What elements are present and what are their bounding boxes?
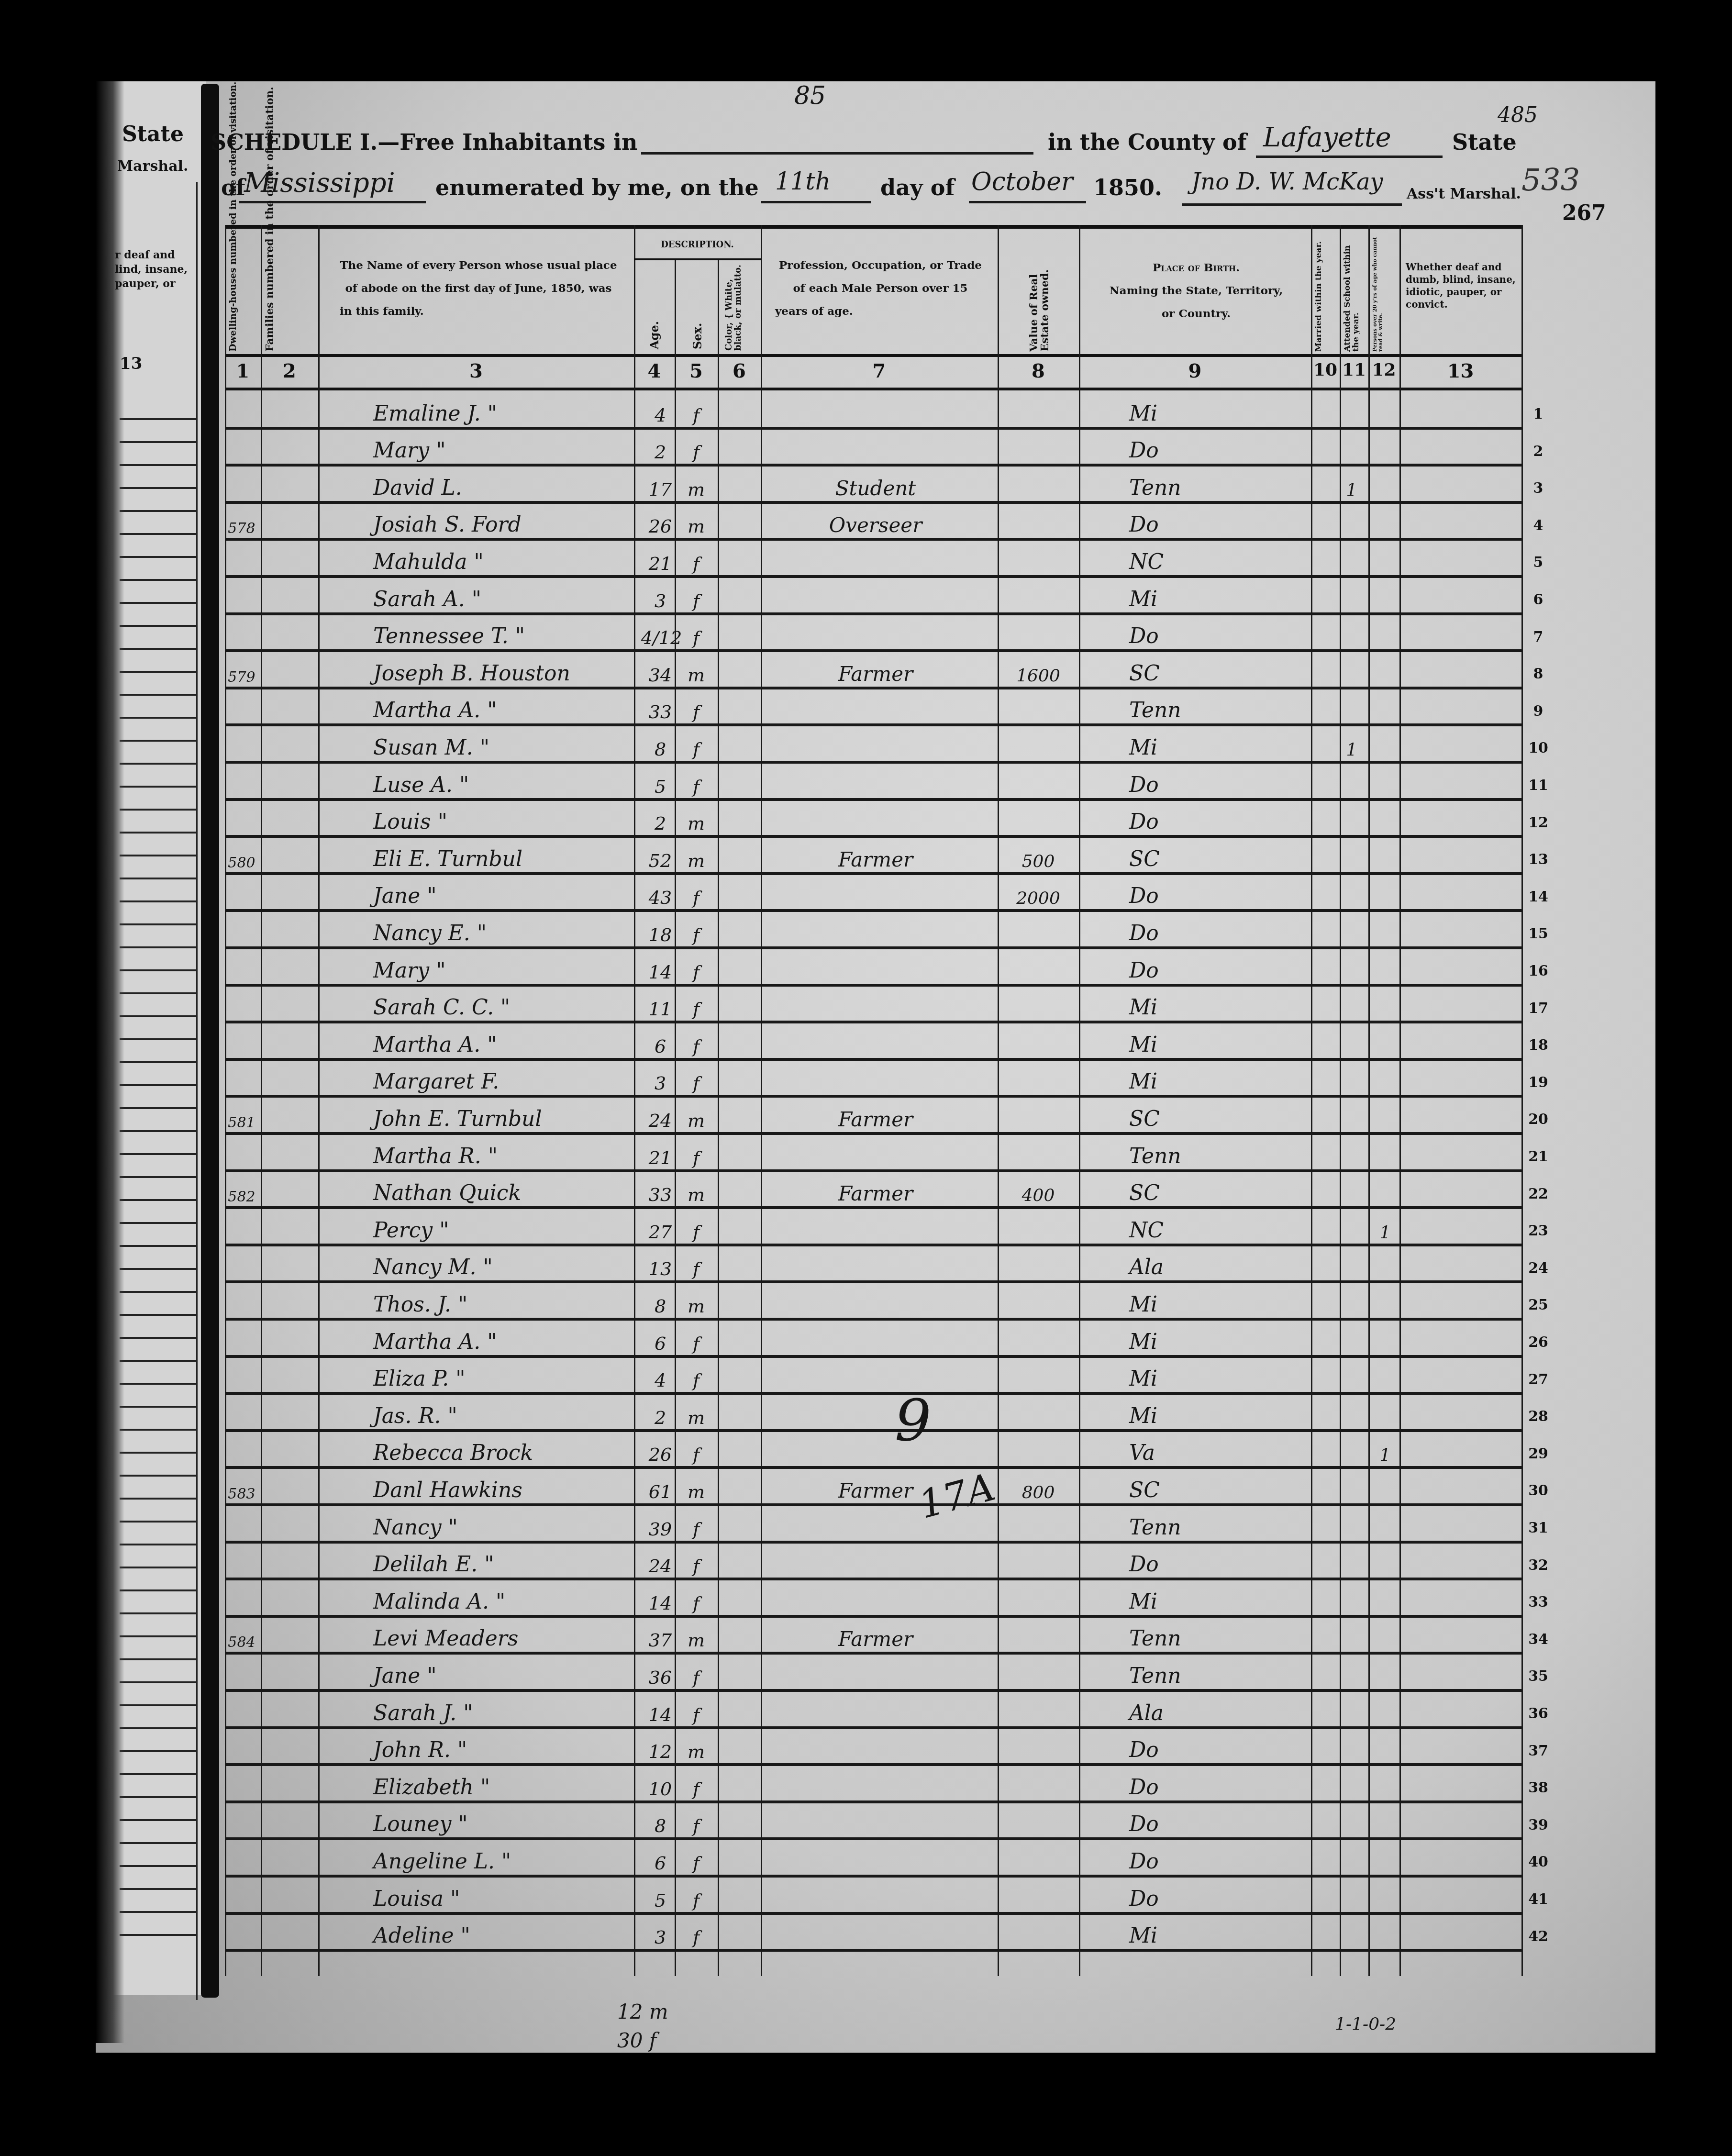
line-number: 31 [1524,1520,1553,1536]
person-name: Thos. J. " [373,1292,804,1317]
col-number: 4 [634,360,675,382]
birthplace: Do [1110,884,1321,908]
previous-page-column-number: 13 [120,354,142,373]
marshal-label: Ass't Marshal. [1407,186,1521,202]
previous-page-column-line [196,182,198,2000]
birthplace: Mi [1110,1923,1321,1948]
sex: f [682,1258,711,1279]
line-number: 21 [1524,1148,1553,1165]
age: 26 [641,1444,679,1465]
previous-page-header-line: r deaf and [115,249,175,261]
sex: f [682,553,711,574]
line-number: 34 [1524,1631,1553,1648]
age: 3 [641,590,679,611]
table-row: 581John E. Turnbul24mFarmerSC [225,1098,1521,1135]
line-number: 25 [1524,1297,1553,1313]
col3-header-line: of abode on the first day of June, 1850,… [330,281,627,296]
age: 52 [641,850,679,871]
person-name: Delilah E. " [373,1552,804,1577]
person-name: Tennessee T. " [373,624,804,648]
occupation: Farmer [775,1108,976,1131]
person-name: Joseph B. Houston [373,661,804,686]
sex: f [682,405,711,426]
age: 5 [641,1890,679,1911]
table-row: Nancy M. "13fAla [225,1246,1521,1284]
top-annotation: 85 [794,81,826,110]
age: 3 [641,1927,679,1948]
col-number: 11 [1340,360,1368,380]
dwelling-number: 579 [225,669,258,686]
birthplace: Mi [1110,1330,1321,1354]
age: 10 [641,1778,679,1800]
line-number: 8 [1524,666,1553,682]
sex: m [682,1110,711,1131]
col-number: 13 [1399,360,1521,382]
col-number: 5 [675,360,718,382]
person-name: Martha A. " [373,1033,804,1057]
table-row: John R. "12mDo [225,1729,1521,1767]
col-number: 8 [998,360,1079,382]
age: 2 [641,1407,679,1428]
sex: f [682,962,711,983]
line-number: 33 [1524,1594,1553,1611]
line-number: 36 [1524,1705,1553,1722]
line-number: 2 [1524,443,1553,460]
sex: f [682,1853,711,1874]
line-number: 42 [1524,1928,1553,1945]
table-row: Mary "14fDo [225,949,1521,987]
birthplace: Do [1110,512,1321,537]
person-name: John E. Turnbul [373,1107,804,1131]
occupation: Farmer [775,848,976,871]
person-name: Sarah C. C. " [373,995,804,1020]
birthplace: Tenn [1110,1626,1321,1651]
sex: f [682,1593,711,1614]
col13-header-line: dumb, blind, insane, [1406,273,1523,286]
line-number: 7 [1524,629,1553,645]
col8-header: Value of Real Estate owned. [1029,237,1053,352]
col1-header: Dwelling-houses numbered in the order of… [229,237,238,352]
table-row: Margaret F.3fMi [225,1061,1521,1098]
line-number: 40 [1524,1854,1553,1870]
sex: f [682,442,711,463]
real-estate-value: 400 [990,1186,1086,1205]
birthplace: Tenn [1110,476,1321,500]
printed-page-number: 267 [1562,201,1606,225]
table-row: David L.17mStudentTenn1 [225,467,1521,504]
previous-page-marshal-label: Marshal. [117,158,188,175]
person-name: Nancy " [373,1515,804,1540]
person-name: Jas. R. " [373,1404,804,1428]
age: 3 [641,1073,679,1094]
birthplace: Tenn [1110,698,1321,722]
person-name: Nancy E. " [373,921,804,945]
person-name: Levi Meaders [373,1626,804,1651]
birthplace: Mi [1110,401,1321,426]
col4-header: Age. [648,306,660,349]
sex: m [682,1184,711,1205]
table-row: 580Eli E. Turnbul52mFarmer500SC [225,838,1521,875]
line-number: 4 [1524,517,1553,534]
sex: f [682,1147,711,1168]
col9-header-line: Naming the State, Territory, [1084,284,1309,298]
line-number: 5 [1524,554,1553,571]
table-row: Elizabeth "10fDo [225,1766,1521,1803]
state-label: State [1452,129,1517,155]
age: 26 [641,516,679,537]
line-number: 16 [1524,963,1553,979]
person-name: Mary " [373,438,804,463]
sex: f [682,1073,711,1094]
top-right-annotation: 485 [1498,103,1538,127]
age: 18 [641,924,679,945]
col-number: 2 [261,360,318,382]
line-number: 27 [1524,1371,1553,1388]
age: 14 [641,962,679,983]
table-row: Malinda A. "14fMi [225,1580,1521,1618]
age: 36 [641,1667,679,1688]
col9-header-line: or Country. [1084,307,1309,321]
birthplace: Do [1110,921,1321,945]
col-number: 7 [761,360,998,382]
col-number: 3 [318,360,634,382]
person-name: Josiah S. Ford [373,512,804,537]
binding-gutter [201,84,219,1998]
occupation: Overseer [775,513,976,537]
age: 14 [641,1704,679,1725]
birthplace: Do [1110,958,1321,983]
previous-page-header-line: pauper, or [115,278,176,290]
sex: f [682,627,711,648]
person-name: Nathan Quick [373,1181,804,1205]
table-row: 583Danl Hawkins61mFarmer800SC [225,1469,1521,1506]
line-number: 20 [1524,1111,1553,1128]
person-name: David L. [373,476,804,500]
previous-page-header-line: lind, insane, [115,263,188,276]
margin-note: 9 [895,1388,931,1454]
township-blank-line [641,152,1033,155]
col13-header-line: convict. [1406,298,1523,311]
col-number: 12 [1368,360,1399,380]
table-row: Percy "27fNC1 [225,1209,1521,1246]
line-number: 11 [1524,777,1553,794]
table-row: Thos. J. "8mMi [225,1283,1521,1321]
age: 2 [641,442,679,463]
birthplace: Do [1110,810,1321,834]
line-number: 22 [1524,1186,1553,1202]
col2-header: Families numbered in the order of visita… [265,237,276,352]
line-number: 18 [1524,1037,1553,1054]
birthplace: Do [1110,1775,1321,1800]
birthplace: SC [1110,1478,1321,1502]
age: 27 [641,1222,679,1243]
table-row: Sarah C. C. "11fMi [225,987,1521,1024]
table-row: Jas. R. "2mMi [225,1395,1521,1432]
birthplace: Do [1110,624,1321,648]
person-name: Jane " [373,884,804,908]
scan-edge-shadow [96,81,124,2043]
age: 17 [641,479,679,500]
sex: f [682,1370,711,1391]
month-underline [969,201,1086,203]
table-row: Jane "43f2000Do [225,875,1521,912]
line-number: 28 [1524,1408,1553,1425]
table-row: Tennessee T. "4/12fDo [225,615,1521,653]
col13-header-line: Whether deaf and [1406,261,1523,273]
col3-header-line: in this family. [330,304,627,319]
real-estate-value: 800 [990,1483,1086,1502]
age: 12 [641,1741,679,1762]
table-row: Jane "36fTenn [225,1655,1521,1692]
age: 34 [641,665,679,686]
col3-header: The Name of every Person whose usual pla… [330,258,627,319]
dwelling-number: 583 [225,1486,258,1502]
age: 4/12 [641,627,679,648]
col13-header-line: idiotic, pauper, or [1406,286,1523,298]
occupation: Farmer [775,1627,976,1651]
table-row: Emaline J. "4fMi [225,392,1521,430]
table-row: Mary "2fDo [225,430,1521,467]
dwelling-number: 580 [225,855,258,871]
birthplace: NC [1110,550,1321,574]
person-name: Angeline L. " [373,1849,804,1874]
table-row: Rebecca Brock26fVa1 [225,1432,1521,1469]
person-name: Jane " [373,1664,804,1688]
birthplace: Do [1110,1812,1321,1836]
line-number: 24 [1524,1260,1553,1277]
person-name: Martha A. " [373,698,804,722]
line-number: 17 [1524,1000,1553,1017]
handwritten-page-number: 533 [1521,163,1580,198]
table-row: 584Levi Meaders37mFarmerTenn [225,1618,1521,1655]
birthplace: Mi [1110,1589,1321,1614]
line-number: 29 [1524,1445,1553,1462]
header-bottom-rule [225,388,1521,390]
sex: f [682,1222,711,1243]
sex: f [682,999,711,1020]
age: 5 [641,776,679,797]
col5-header: Sex. [691,306,703,349]
sex: f [682,1333,711,1354]
enumerated-label: enumerated by me, on the [435,175,759,200]
person-name: Percy " [373,1218,804,1243]
birthplace: Do [1110,438,1321,463]
age: 33 [641,701,679,722]
attended-school: 1 [1335,740,1368,760]
birthplace: Do [1110,773,1321,797]
table-row: 578Josiah S. Ford26mOverseerDo [225,504,1521,541]
person-name: Sarah A. " [373,587,804,611]
month-value: October [971,167,1073,196]
line-number: 6 [1524,591,1553,608]
sex: m [682,1296,711,1317]
cannot-read-write: 1 [1368,1223,1402,1243]
sex: m [682,850,711,871]
line-number: 15 [1524,925,1553,942]
birthplace: Mi [1110,1033,1321,1057]
table-row: Nancy "39fTenn [225,1506,1521,1544]
birthplace: Mi [1110,735,1321,760]
table-row: Delilah E. "24fDo [225,1544,1521,1581]
person-name: Rebecca Brock [373,1441,804,1465]
description-group-header: DESCRIPTION. [636,239,758,250]
sex: f [682,739,711,760]
sex: f [682,1704,711,1725]
col-number: 9 [1079,360,1311,382]
bottom-note: 12 m [617,2000,668,2023]
age: 6 [641,1036,679,1057]
age: 6 [641,1333,679,1354]
line-number: 14 [1524,889,1553,905]
age: 24 [641,1556,679,1577]
sex: f [682,1927,711,1948]
table-row: Nancy E. "18fDo [225,912,1521,949]
person-name: Louis " [373,810,804,834]
age: 11 [641,999,679,1020]
sex: m [682,1407,711,1428]
day-underline [761,201,871,203]
dwelling-number: 584 [225,1634,258,1651]
age: 21 [641,553,679,574]
table-row: Sarah A. "3fMi [225,578,1521,615]
birthplace: Do [1110,1849,1321,1874]
birthplace: Do [1110,1887,1321,1911]
line-number: 13 [1524,851,1553,868]
scan-bottom-border [0,2053,1732,2156]
col11-header: Attended School within the year. [1343,237,1366,352]
real-estate-value: 1600 [990,666,1086,686]
table-row: Louisa "5fDo [225,1878,1521,1915]
table-row: Martha A. "6fMi [225,1023,1521,1061]
occupation: Farmer [775,1182,976,1205]
table-row: Louis "2mDo [225,801,1521,838]
birthplace: NC [1110,1218,1321,1243]
birthplace: SC [1110,1181,1321,1205]
line-number: 9 [1524,703,1553,720]
age: 37 [641,1630,679,1651]
year-label: 1850. [1093,175,1162,200]
col3-header-line: The Name of every Person whose usual pla… [330,258,627,273]
sex: m [682,1630,711,1651]
header-top-rule [225,225,1521,229]
dwelling-number: 578 [225,520,258,537]
sex: f [682,1815,711,1836]
birthplace: SC [1110,661,1321,686]
col10-header: Married within the year. [1315,237,1337,352]
col7-header-line: Profession, Occupation, or Trade [766,258,995,273]
birthplace: Tenn [1110,1144,1321,1168]
person-name: Danl Hawkins [373,1478,804,1502]
bottom-tally: 1-1-0-2 [1335,2014,1396,2034]
line-number: 23 [1524,1222,1553,1239]
person-name: Louney " [373,1812,804,1836]
col7-header-line: of each Male Person over 15 [766,281,995,296]
age: 8 [641,1296,679,1317]
table-row: Eliza P. "4fMi [225,1358,1521,1395]
sex: f [682,701,711,722]
county-underline [1256,156,1443,158]
county-value: Lafayette [1263,122,1391,153]
person-name: Mahulda " [373,550,804,574]
col-line [1521,225,1523,1976]
real-estate-value: 500 [990,852,1086,871]
sex: m [682,813,711,834]
county-label: in the County of [1048,129,1247,155]
birthplace: Do [1110,1738,1321,1762]
line-number: 1 [1524,406,1553,422]
description-group-rule [634,258,761,260]
birthplace: SC [1110,1107,1321,1131]
sex: f [682,887,711,908]
line-number: 19 [1524,1074,1553,1091]
line-number: 30 [1524,1482,1553,1499]
person-name: Adeline " [373,1923,804,1948]
real-estate-value: 2000 [990,889,1086,908]
line-number: 41 [1524,1891,1553,1908]
table-row: Martha A. "6fMi [225,1321,1521,1358]
col-number: 10 [1311,360,1340,380]
person-name: Sarah J. " [373,1701,804,1725]
col-number: 1 [225,360,261,382]
birthplace: Ala [1110,1701,1321,1725]
age: 8 [641,739,679,760]
table-row: Angeline L. "6fDo [225,1840,1521,1878]
col7-header: Profession, Occupation, or Trade of each… [766,258,995,319]
person-name: Martha A. " [373,1330,804,1354]
col6-header: Color, { White, black, or mulatto. [725,262,758,351]
age: 8 [641,1815,679,1836]
birthplace: Tenn [1110,1664,1321,1688]
cannot-read-write: 1 [1368,1445,1402,1465]
table-row: Martha R. "21fTenn [225,1135,1521,1172]
birthplace: Do [1110,1552,1321,1577]
person-name: Susan M. " [373,735,804,760]
birthplace: Mi [1110,1292,1321,1317]
table-row: Martha A. "33fTenn [225,689,1521,727]
birthplace: Mi [1110,995,1321,1020]
age: 4 [641,405,679,426]
sex: m [682,479,711,500]
age: 43 [641,887,679,908]
table-row: 579Joseph B. Houston34mFarmer1600SC [225,652,1521,689]
table-row: Sarah J. "14fAla [225,1692,1521,1729]
previous-page-state-label: State [122,122,184,146]
birthplace: Va [1110,1441,1321,1465]
age: 39 [641,1519,679,1540]
header-mid-rule [225,354,1521,357]
sex: f [682,1890,711,1911]
col9-header: Place of Birth. Naming the State, Territ… [1084,261,1309,321]
col-number: 6 [718,360,761,382]
sex: f [682,776,711,797]
line-number: 3 [1524,480,1553,497]
dwelling-number: 582 [225,1189,258,1205]
age: 2 [641,813,679,834]
birthplace: Mi [1110,587,1321,611]
table-row: Louney "8fDo [225,1803,1521,1841]
line-number: 10 [1524,740,1553,756]
bottom-note: 30 f [617,2029,656,2052]
col13-header: Whether deaf and dumb, blind, insane, id… [1402,261,1523,311]
sex: f [682,924,711,945]
table-row: Adeline "3fMi [225,1915,1521,1952]
attended-school: 1 [1335,480,1368,500]
occupation: Student [775,477,976,500]
birthplace: SC [1110,847,1321,871]
age: 24 [641,1110,679,1131]
sex: f [682,1778,711,1800]
line-number: 35 [1524,1668,1553,1685]
